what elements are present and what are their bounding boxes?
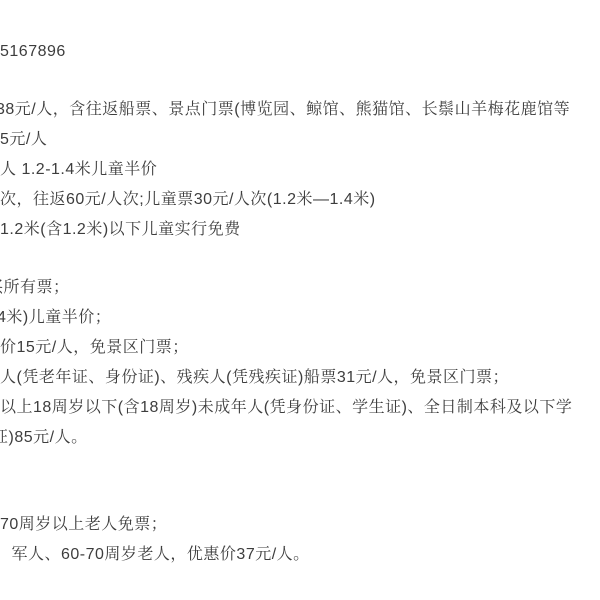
- text-line-discount-15: 价15元/人，免景区门票；: [0, 333, 189, 363]
- text-line-senior-free: 70周岁以上老人免票；: [0, 510, 167, 540]
- phone-number-fragment: 5167896: [0, 37, 66, 67]
- text-line-adult-ticket-price: 38元/人，含往返船票、景点门票(博览园、鲸馆、熊猫馆、长鬃山羊梅花鹿馆等: [0, 95, 570, 125]
- text-line-all-tickets: 买所有票；: [0, 273, 70, 303]
- text-line-price-fragment: 5元/人: [0, 125, 47, 155]
- text-line-boat-ticket-price: 次，往返60元/人次;儿童票30元/人次(1.2米—1.4米): [0, 185, 376, 215]
- text-line-discount-37: 、军人、60-70周岁老人，优惠价37元/人。: [0, 540, 310, 570]
- text-line-child-half-price: 人 1.2-1.4米儿童半价: [0, 155, 157, 185]
- text-line-child-free: 1.2米(含1.2米)以下儿童实行免费: [0, 215, 241, 245]
- text-line-minor-student: 以上18周岁以下(含18周岁)未成年人(凭身份证、学生证)、全日制本科及以下学: [0, 393, 572, 423]
- text-line-child-half-price-2: 4米)儿童半价；: [0, 303, 111, 333]
- text-line-senior-disabled-price: 人(凭老年证、身份证)、残疾人(凭残疾证)船票31元/人，免景区门票；: [0, 363, 509, 393]
- document-page: 5167896 38元/人，含往返船票、景点门票(博览园、鲸馆、熊猫馆、长鬃山羊…: [0, 0, 600, 600]
- text-line-price-85: 证)85元/人。: [0, 423, 88, 453]
